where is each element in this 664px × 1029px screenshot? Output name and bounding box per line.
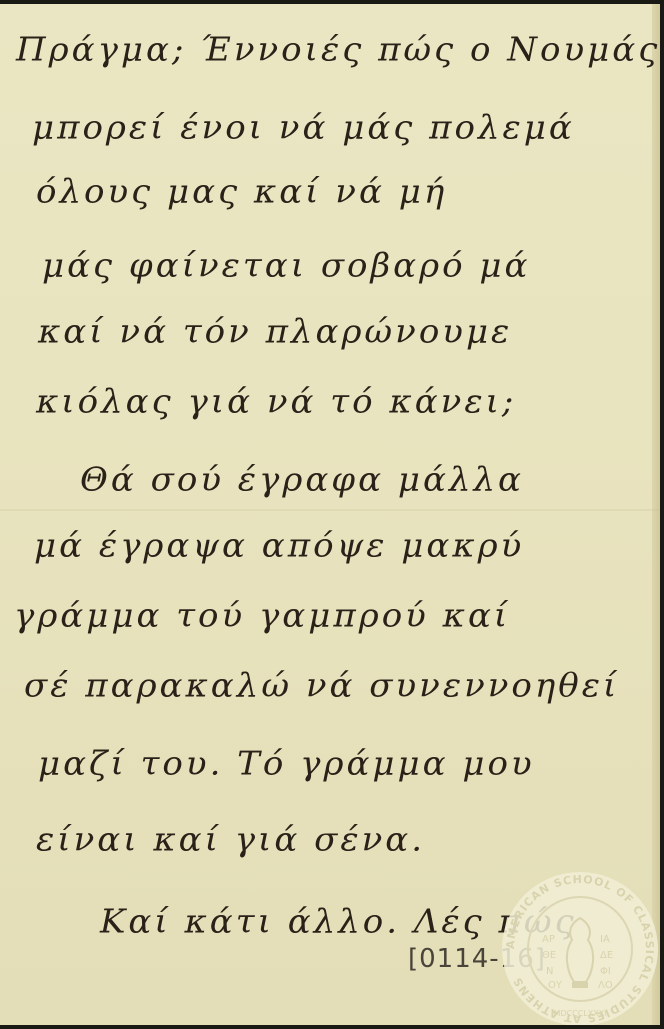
handwritten-line-9: γράμμα τού γαμπρού καί	[14, 597, 510, 635]
svg-text:MDCCCLXXXI: MDCCCLXXXI	[553, 1009, 606, 1018]
handwritten-line-11: μαζί του. Τό γράμμα μου	[38, 745, 535, 783]
handwritten-line-6: κιόλας γιά νά τό κάνει;	[36, 383, 516, 421]
handwritten-line-5: καί νά τόν πλαρώνουμε	[38, 313, 512, 351]
paper-fold	[0, 509, 660, 511]
handwritten-line-8: μά έγραψα απόψε μακρύ	[34, 527, 524, 565]
svg-text:ΑΡ: ΑΡ	[542, 934, 555, 945]
svg-text:ΟΥ: ΟΥ	[548, 980, 563, 991]
svg-text:ΛΟ: ΛΟ	[598, 980, 613, 991]
institution-seal-icon: AMERICAN SCHOOL OF CLASSICAL STUDIES AT …	[500, 870, 660, 1025]
svg-text:ΦΙ: ΦΙ	[600, 966, 611, 977]
handwritten-line-7: Θά σού έγραφα μάλλα	[80, 461, 524, 499]
svg-text:Ν: Ν	[546, 966, 553, 977]
svg-text:ΔΕ: ΔΕ	[600, 950, 613, 961]
svg-text:ΘΕ: ΘΕ	[542, 950, 556, 961]
handwritten-line-12: είναι καί γιά σένα.	[36, 821, 425, 859]
handwritten-line-3: όλους μας καί νά μή	[36, 173, 447, 211]
letter-page: Πράγμα; Έννοιές πώς ο Νουμάς μπορεί ένοι…	[0, 4, 660, 1025]
handwritten-line-2: μπορεί ένοι νά μάς πολεμά	[32, 109, 575, 147]
handwritten-line-1: Πράγμα; Έννοιές πώς ο Νουμάς	[16, 31, 660, 69]
handwritten-line-4: μάς φαίνεται σοβαρό μά	[42, 247, 530, 285]
svg-text:ΙΑ: ΙΑ	[600, 934, 610, 945]
handwritten-line-10: σέ παρακαλώ νά συνεννοηθεί	[24, 667, 619, 705]
